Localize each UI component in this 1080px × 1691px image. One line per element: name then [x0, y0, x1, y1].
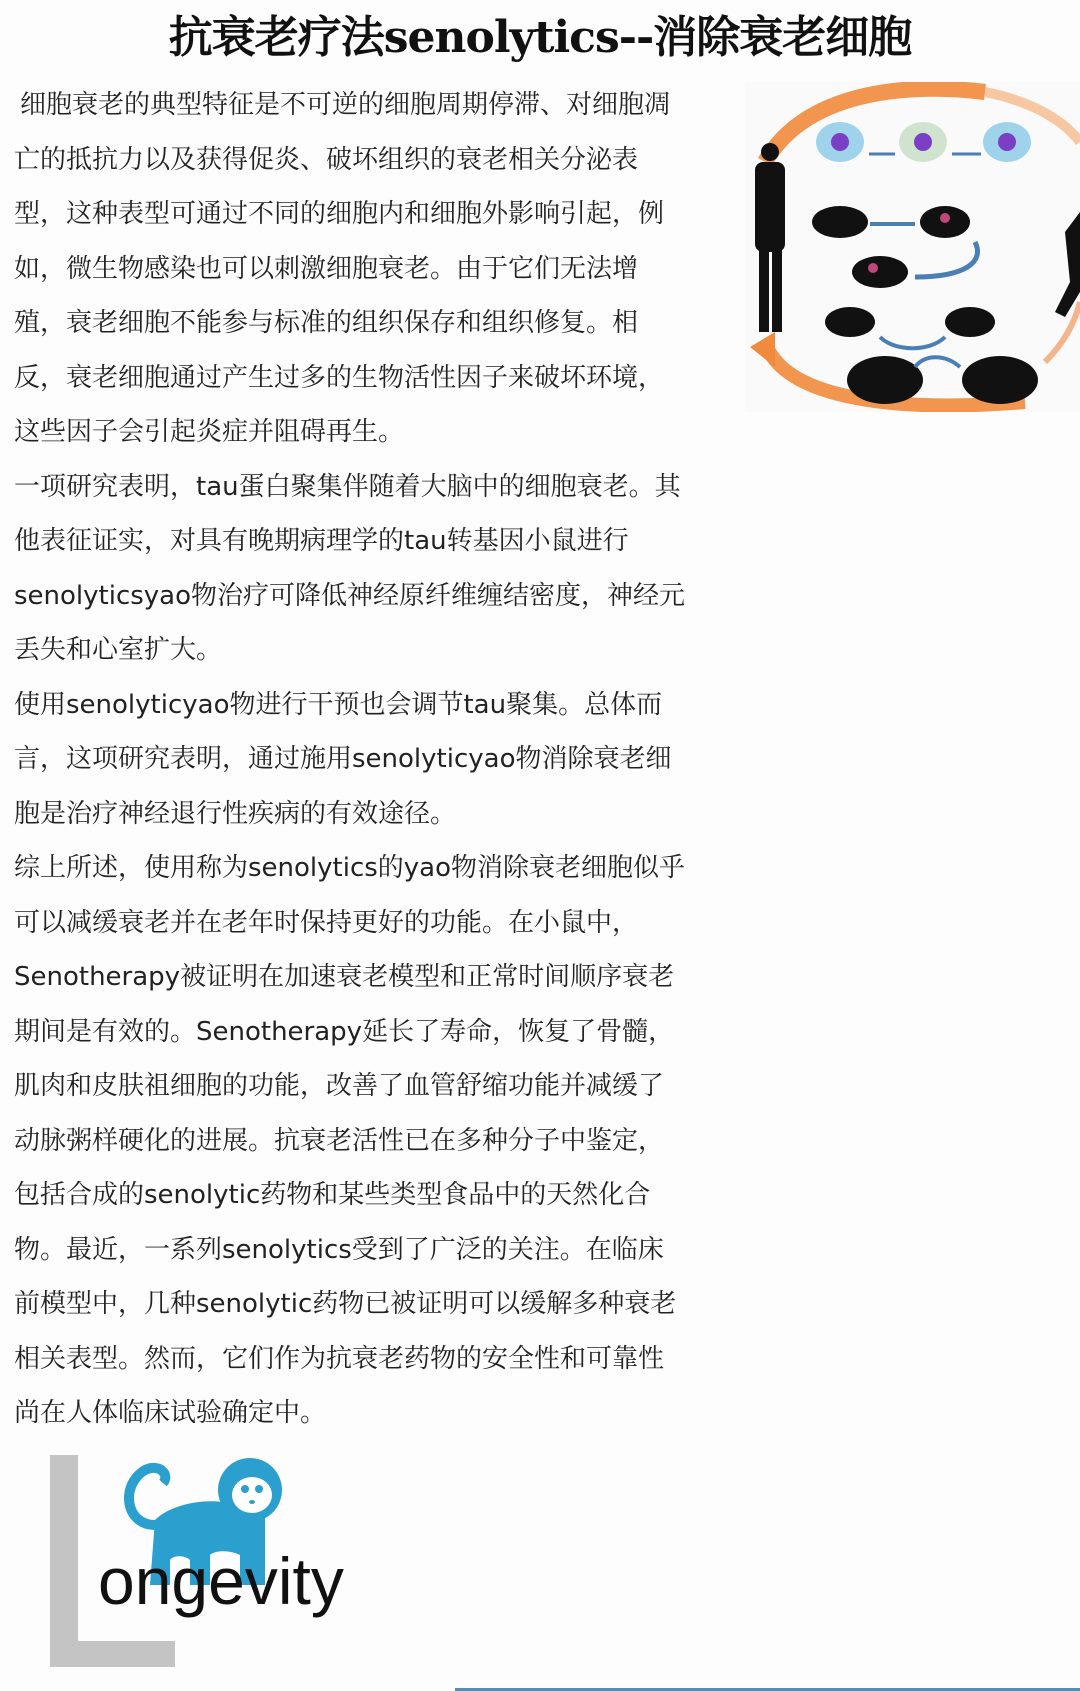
paragraph-4-line: 相关表型。然而，它们作为抗衰老药物的安全性和可靠性 [14, 1332, 744, 1387]
paragraph-2-line: 一项研究表明，tau蛋白聚集伴随着大脑中的细胞衰老。其 [14, 460, 744, 515]
paragraph-4-line: 肌肉和皮肤祖细胞的功能，改善了血管舒缩功能并减缓了 [14, 1059, 744, 1114]
paragraph-2-line: 他表征证实，对具有晚期病理学的tau转基因小鼠进行 [14, 514, 744, 569]
diagram-illustration [745, 82, 1080, 412]
paragraph-3-line: 言，这项研究表明，通过施用senolyticyao物消除衰老细 [14, 732, 744, 787]
paragraph-1-line: 殖，衰老细胞不能参与标准的组织保存和组织修复。相 [14, 296, 744, 351]
paragraph-1-line: 细胞衰老的典型特征是不可逆的细胞周期停滞、对细胞凋 [14, 78, 744, 133]
paragraph-1-line: 如，微生物感染也可以刺激细胞衰老。由于它们无法增 [14, 242, 744, 297]
article-body: 细胞衰老的典型特征是不可逆的细胞周期停滞、对细胞凋亡的抵抗力以及获得促炎、破坏组… [14, 78, 744, 1441]
paragraph-4-line: 尚在人体临床试验确定中。 [14, 1386, 744, 1441]
longevity-logo: ongevity [50, 1455, 390, 1670]
paragraph-4-line: 动脉粥样硬化的进展。抗衰老活性已在多种分子中鉴定， [14, 1114, 744, 1169]
page-title: 抗衰老疗法senolytics--消除衰老细胞 [0, 8, 1080, 68]
senolytics-diagram-figure [745, 82, 1080, 412]
logo-letter-l [50, 1455, 78, 1667]
paragraph-2-line: senolyticsyao物治疗可降低神经原纤维缠结密度，神经元 [14, 569, 744, 624]
logo-letter-l-base [50, 1641, 175, 1667]
logo-wordmark: ongevity [98, 1541, 344, 1621]
paragraph-4-line: 前模型中，几种senolytic药物已被证明可以缓解多种衰老 [14, 1277, 744, 1332]
paragraph-4-line: 物。最近，一系列senolytics受到了广泛的关注。在临床 [14, 1223, 744, 1278]
paragraph-4-line: 可以减缓衰老并在老年时保持更好的功能。在小鼠中， [14, 896, 744, 951]
paragraph-1-line: 反，衰老细胞通过产生过多的生物活性因子来破坏环境， [14, 351, 744, 406]
paragraph-4-line: 期间是有效的。Senotherapy延长了寿命，恢复了骨髓， [14, 1005, 744, 1060]
paragraph-4-line: 综上所述，使用称为senolytics的yao物消除衰老细胞似乎 [14, 841, 744, 896]
paragraph-4-line: Senotherapy被证明在加速衰老模型和正常时间顺序衰老 [14, 950, 744, 1005]
paragraph-3-line: 胞是治疗神经退行性疾病的有效途径。 [14, 787, 744, 842]
paragraph-3-line: 使用senolyticyao物进行干预也会调节tau聚集。总体而 [14, 678, 744, 733]
paragraph-1-line: 这些因子会引起炎症并阻碍再生。 [14, 405, 744, 460]
paragraph-4-line: 包括合成的senolytic药物和某些类型食品中的天然化合 [14, 1168, 744, 1223]
paragraph-2-line: 丢失和心室扩大。 [14, 623, 744, 678]
paragraph-1-line: 型，这种表型可通过不同的细胞内和细胞外影响引起，例 [14, 187, 744, 242]
paragraph-1-line: 亡的抵抗力以及获得促炎、破坏组织的衰老相关分泌表 [14, 133, 744, 188]
